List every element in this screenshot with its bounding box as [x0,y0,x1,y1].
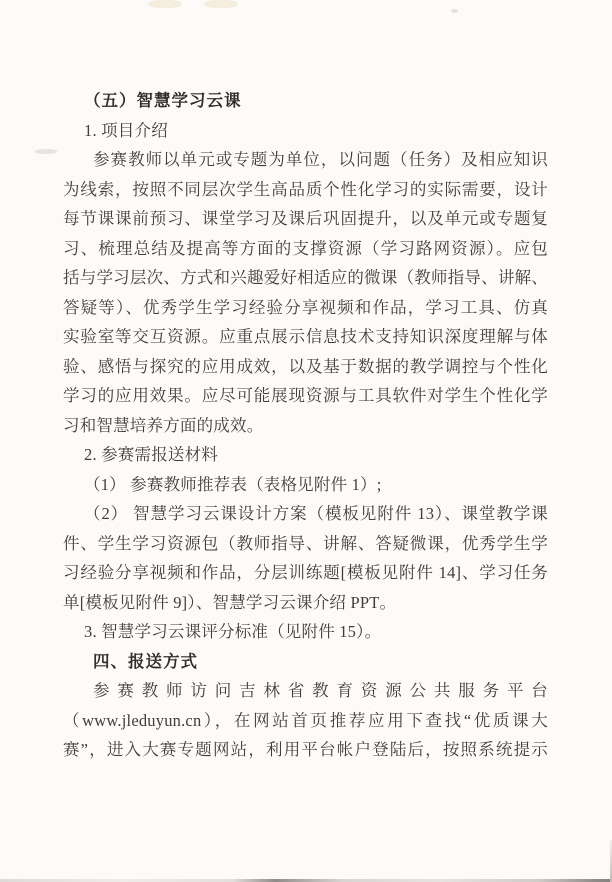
section-5-heading: （五）智慧学习云课 [63,86,548,116]
section-4-heading: 四、报送方式 [63,647,548,677]
paragraph-1-line: 答疑等）、优秀学生学习经验分享视频和作品，学习工具、仿真 [63,293,548,323]
paragraph-1-line: 每节课课前预习、课堂学习及课后巩固提升，以及单元或专题复 [63,204,548,234]
scan-smudge-artifact [204,0,238,8]
item-2-entry-1: （1） 参赛教师推荐表（表格见附件 1）; [63,470,548,500]
scan-dot-artifact [451,9,458,13]
item-1-heading: 1. 项目介绍 [63,116,548,146]
item-2-entry-2-line: 单[模板见附件 9]）、智慧学习云课介绍 PPT。 [63,588,548,618]
item-2-entry-2-line: 习经验分享视频和作品，分层训练题[模板见附件 14]、学习任务 [63,558,548,588]
item-2-heading: 2. 参赛需报送材料 [63,440,548,470]
paragraph-2-line: （www.jleduyun.cn），在网站首页推荐应用下查找“优质课大 [63,706,548,736]
paragraph-2-line: 参赛教师访问吉林省教育资源公共服务平台 [63,676,548,706]
document-page: （五）智慧学习云课 1. 项目介绍 参赛教师以单元或专题为单位，以问题（任务）及… [0,0,612,882]
scan-smudge-artifact [148,0,182,8]
scan-dash-artifact [35,149,57,154]
paragraph-1-line: 学习的应用效果。应尽可能展现资源与工具软件对学生个性化学 [63,381,548,411]
paragraph-1-line: 习和智慧培养方面的成效。 [63,411,548,441]
item-2-entry-2-line: 件、学生学习资源包（教师指导、讲解、答疑微课，优秀学生学 [63,529,548,559]
paragraph-2-line: 赛”，进入大赛专题网站，利用平台帐户登陆后，按照系统提示 [63,735,548,765]
paragraph-1-line: 习、梳理总结及提高等方面的支撑资源（学习路网资源）。应包 [63,234,548,264]
paragraph-1-line: 验、感悟与探究的应用成效，以及基于数据的教学调控与个性化 [63,352,548,382]
paragraph-1-line: 括与学习层次、方式和兴趣爱好相适应的微课（教师指导、讲解、 [63,263,548,293]
paragraph-1-line: 参赛教师以单元或专题为单位，以问题（任务）及相应知识 [63,145,548,175]
document-body: （五）智慧学习云课 1. 项目介绍 参赛教师以单元或专题为单位，以问题（任务）及… [63,86,548,765]
item-2-entry-2-line: （2） 智慧学习云课设计方案（模板见附件 13）、课堂教学课 [63,499,548,529]
item-3-line: 3. 智慧学习云课评分标准（见附件 15）。 [63,617,548,647]
paragraph-1-line: 实验室等交互资源。应重点展示信息技术支持知识深度理解与体 [63,322,548,352]
paragraph-1-line: 为线索，按照不同层次学生高品质个性化学习的实际需要，设计 [63,175,548,205]
